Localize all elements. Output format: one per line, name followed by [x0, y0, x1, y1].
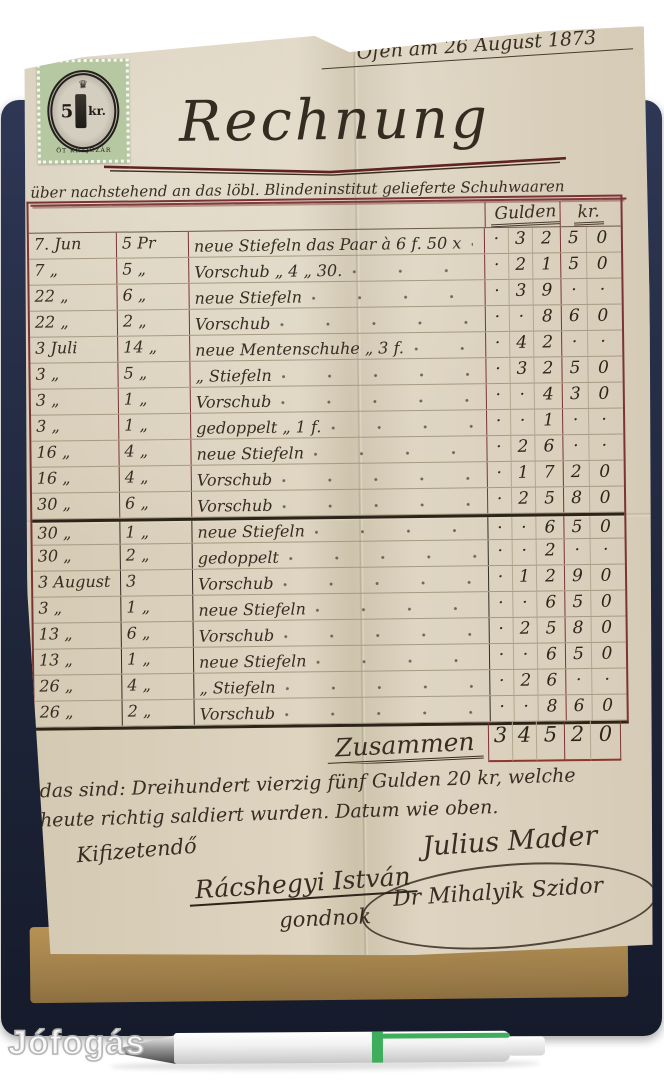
cell-description: Vorschub: [191, 384, 487, 413]
cell-kr-digit: 5: [562, 357, 588, 382]
invoice-table-body: 7. Jun5 Prneue Stiefeln das Paar à 6 f. …: [29, 227, 627, 728]
cell-qty: 1 „: [119, 388, 191, 414]
cell-qty: 2 „: [123, 700, 195, 726]
cell-description: Vorschub: [192, 488, 488, 517]
cell-qty: 2 „: [118, 310, 190, 336]
dotted-leader: [282, 472, 476, 485]
total-kr-digit: 2: [565, 721, 591, 761]
cell-gulden-digit: 2: [511, 436, 535, 461]
cell-kr-digit: 0: [592, 643, 622, 668]
cell-kr-digit: ·: [562, 331, 588, 356]
cell-kr-digit: ·: [563, 409, 589, 434]
cell-description: neue Stiefeln: [193, 592, 489, 621]
cell-gulden-digit: ·: [490, 670, 514, 695]
cell-description: „ Stiefeln: [190, 358, 486, 387]
cell-gulden-digit: ·: [490, 618, 514, 643]
cell-qty: 4 „: [122, 674, 194, 700]
cell-gulden-digit: ·: [490, 696, 514, 721]
cell-description: neue Stiefeln das Paar à 6 f. 50 x: [189, 228, 485, 257]
cell-gulden-digit: 1: [512, 462, 536, 487]
cell-qty: 1 „: [122, 648, 194, 674]
pen-push-button: [508, 1036, 545, 1055]
cell-date: 3 „: [33, 597, 121, 623]
cell-gulden-digit: 2: [534, 331, 562, 356]
cell-kr-digit: 5: [566, 643, 592, 668]
dotted-leader: [314, 446, 476, 459]
cell-qty: 5 „: [118, 362, 190, 388]
cell-gulden-digit: 2: [533, 227, 561, 252]
cell-qty: 1 „: [120, 521, 192, 544]
title-underline: [100, 155, 570, 179]
cell-gulden-digit: ·: [487, 384, 511, 409]
dotted-leader: [282, 498, 476, 511]
cell-kr-digit: ·: [591, 539, 621, 564]
cell-kr-digit: ·: [592, 669, 622, 694]
cell-date: 3 „: [31, 389, 119, 415]
total-spacer-2: [121, 726, 193, 767]
site-watermark: Jófogás: [8, 1024, 145, 1063]
total-kr-digit: 0: [591, 721, 621, 761]
cell-description: Vorschub „ 4 „ 30.: [189, 254, 485, 283]
cell-gulden-digit: 7: [536, 461, 564, 486]
cell-kr-digit: 5: [561, 253, 587, 278]
cell-gulden-digit: 3: [509, 228, 533, 253]
cell-date: 7 „: [29, 259, 117, 285]
dotted-leader: [285, 706, 479, 719]
dateline: Ofen am 26 August 1873: [320, 24, 633, 69]
cell-gulden-digit: 1: [533, 253, 561, 278]
header-desc-cell: [188, 198, 484, 231]
cell-gulden-digit: ·: [512, 517, 536, 539]
cell-gulden-digit: ·: [486, 358, 510, 383]
cell-kr-digit: 0: [592, 695, 622, 720]
cell-gulden-digit: 4: [535, 383, 563, 408]
cell-date: 22 „: [30, 311, 118, 337]
total-gulden-digit: 3: [489, 722, 513, 762]
cell-gulden-digit: ·: [488, 488, 512, 513]
dotted-leader: [315, 524, 477, 537]
dotted-leader: [280, 316, 474, 329]
cell-date: 3 Juli: [30, 337, 118, 363]
cell-gulden-digit: ·: [487, 410, 511, 435]
cell-gulden-digit: ·: [511, 410, 535, 435]
cell-gulden-digit: 1: [535, 409, 563, 434]
cell-gulden-digit: 2: [537, 565, 565, 590]
cell-gulden-digit: 2: [534, 357, 562, 382]
cell-date: 3 „: [31, 415, 119, 441]
cell-gulden-digit: 2: [509, 254, 533, 279]
cell-kr-digit: 0: [588, 357, 618, 382]
cell-kr-digit: 3: [563, 383, 589, 408]
cell-gulden-digit: ·: [486, 306, 510, 331]
pen-clip: [381, 1033, 510, 1039]
cell-gulden-digit: ·: [488, 517, 512, 539]
cell-kr-digit: 5: [561, 227, 587, 252]
signature-left-role: gondnok: [279, 904, 372, 932]
cell-gulden-digit: ·: [485, 280, 509, 305]
cell-kr-digit: 2: [564, 461, 590, 486]
cell-kr-digit: ·: [561, 279, 587, 304]
cell-gulden-digit: 8: [534, 305, 562, 330]
cell-description: gedoppelt: [193, 540, 489, 569]
dotted-leader: [282, 368, 475, 381]
cell-qty: 6 „: [117, 284, 189, 310]
cell-gulden-digit: 5: [536, 487, 564, 512]
cell-description: Vorschub: [194, 618, 490, 647]
cell-kr-digit: 5: [565, 591, 591, 616]
cell-qty: 3: [121, 570, 193, 596]
dotted-leader: [285, 680, 478, 693]
dotted-leader: [316, 602, 478, 615]
cell-description: neue Stiefeln: [192, 517, 488, 543]
header-qty-cell: [116, 202, 188, 232]
cell-kr-digit: 0: [587, 253, 617, 278]
cell-gulden-digit: 8: [538, 695, 566, 720]
cell-description: gedoppelt „ 1 f.: [191, 410, 487, 439]
cell-kr-digit: 5: [564, 516, 590, 538]
cell-kr-digit: 8: [566, 617, 592, 642]
ballpoint-pen: [100, 1020, 550, 1080]
dotted-leader: [414, 342, 474, 354]
cell-gulden-digit: 2: [514, 618, 538, 643]
cell-date: 16 „: [32, 467, 120, 493]
cell-gulden-digit: 2: [514, 670, 538, 695]
cell-date: 13 „: [34, 649, 122, 675]
cell-kr-digit: 0: [587, 227, 617, 252]
dotted-leader: [284, 628, 478, 641]
crown-icon: ♛: [78, 78, 88, 91]
total-gulden-digit: 4: [513, 722, 537, 762]
cell-gulden-digit: ·: [510, 306, 534, 331]
cell-description: neue Mentenschuhe „ 3 f.: [190, 332, 486, 361]
cell-gulden-digit: ·: [489, 566, 513, 591]
cell-date: 3 „: [30, 363, 118, 389]
cell-qty: 1 „: [119, 414, 191, 440]
cell-kr-digit: ·: [588, 331, 618, 356]
cell-qty: 2 „: [121, 544, 193, 570]
cell-gulden-digit: 1: [513, 566, 537, 591]
total-gulden-digit: 5: [537, 721, 565, 761]
cell-qty: 6 „: [122, 622, 194, 648]
cell-kr-digit: ·: [566, 669, 592, 694]
cell-date: 26 „: [34, 675, 122, 701]
cell-description: Vorschub: [190, 306, 486, 335]
header-gulden: Gulden: [484, 201, 560, 227]
cell-kr-digit: 0: [590, 487, 620, 512]
header-date-cell: [28, 203, 116, 233]
cell-gulden-digit: ·: [511, 384, 535, 409]
cell-kr-digit: ·: [587, 279, 617, 304]
dotted-leader: [316, 654, 478, 667]
photo-stage: ♛ 5 kr. ÖT KRAJCZÁR Ofen am 26 August 18…: [0, 0, 664, 1080]
cell-gulden-digit: 3: [509, 280, 533, 305]
dotted-leader: [281, 394, 475, 407]
cell-kr-digit: 8: [564, 487, 590, 512]
cell-description: Vorschub: [195, 696, 491, 725]
invoice-document: ♛ 5 kr. ÖT KRAJCZÁR Ofen am 26 August 18…: [20, 26, 657, 960]
cell-description: „ Stiefeln: [194, 670, 490, 699]
cell-date: 22 „: [29, 285, 117, 311]
document-title: Rechnung: [21, 84, 648, 157]
cell-gulden-digit: ·: [485, 228, 509, 253]
total-spacer-1: [33, 727, 121, 768]
cell-gulden-digit: ·: [514, 644, 538, 669]
cell-gulden-digit: 2: [512, 488, 536, 513]
cell-gulden-digit: 6: [535, 435, 563, 460]
cell-kr-digit: 6: [566, 695, 592, 720]
signature-left-annotation: Kifizetendő: [76, 834, 198, 868]
cell-gulden-digit: ·: [489, 540, 513, 565]
cell-kr-digit: 9: [565, 565, 591, 590]
cell-kr-digit: 0: [589, 383, 619, 408]
total-label: Zusammen: [327, 727, 484, 766]
cell-gulden-digit: 4: [510, 332, 534, 357]
cell-date: 7. Jun: [29, 233, 117, 259]
amount-in-words-line2: heute richtig saldiert wurden. Datum wie…: [40, 796, 499, 832]
cell-date: 30 „: [33, 545, 121, 571]
cell-date: 3 August: [33, 571, 121, 597]
cell-date: 16 „: [31, 441, 119, 467]
cell-gulden-digit: 9: [533, 279, 561, 304]
cell-qty: 4 „: [120, 466, 192, 492]
invoice-table: Gulden kr. 7. Jun5 Prneue Stiefeln das P…: [26, 195, 628, 731]
dotted-leader: [283, 576, 477, 589]
cell-description: Vorschub: [193, 566, 489, 595]
dotted-leader: [289, 550, 477, 563]
cell-gulden-digit: ·: [489, 592, 513, 617]
cell-kr-digit: 0: [588, 305, 618, 330]
cell-kr-digit: 6: [562, 305, 588, 330]
cell-gulden-digit: 6: [536, 516, 564, 538]
cell-kr-digit: 0: [591, 565, 621, 590]
cell-qty: 6 „: [120, 492, 192, 518]
cell-kr-digit: 0: [590, 516, 620, 538]
dotted-leader: [312, 290, 474, 303]
cell-gulden-digit: 6: [538, 643, 566, 668]
cell-gulden-digit: ·: [513, 592, 537, 617]
cell-gulden-digit: 2: [537, 539, 565, 564]
cell-date: 30 „: [32, 493, 120, 519]
cell-kr-digit: ·: [589, 435, 619, 460]
dotted-leader: [331, 420, 475, 433]
cell-gulden-digit: ·: [490, 644, 514, 669]
cell-qty: 1 „: [121, 596, 193, 622]
cell-gulden-digit: ·: [488, 462, 512, 487]
cell-description: neue Stiefeln: [191, 436, 487, 465]
cell-kr-digit: ·: [565, 539, 591, 564]
cell-gulden-digit: 6: [537, 591, 565, 616]
signature-right-name: Julius Mader: [421, 820, 598, 862]
cell-gulden-digit: 3: [510, 358, 534, 383]
total-label-cell: Zusammen: [193, 722, 489, 766]
cell-kr-digit: ·: [563, 435, 589, 460]
cell-qty: 4 „: [119, 440, 191, 466]
cell-gulden-digit: ·: [487, 436, 511, 461]
cell-kr-digit: 0: [591, 591, 621, 616]
cell-gulden-digit: ·: [486, 332, 510, 357]
cell-date: 26 „: [35, 701, 123, 727]
cell-date: 30 „: [32, 522, 120, 545]
cell-description: neue Stiefeln: [189, 280, 485, 309]
header-kreuzer: kr.: [560, 201, 616, 227]
dotted-leader: [471, 238, 473, 249]
cell-gulden-digit: 5: [538, 617, 566, 642]
cell-gulden-digit: 6: [538, 669, 566, 694]
cell-description: neue Stiefeln: [194, 644, 490, 673]
cell-date: 13 „: [34, 623, 122, 649]
cell-description: Vorschub: [192, 462, 488, 491]
cell-kr-digit: 0: [592, 617, 622, 642]
cell-gulden-digit: ·: [485, 254, 509, 279]
cell-kr-digit: ·: [589, 409, 619, 434]
cell-kr-digit: 0: [590, 461, 620, 486]
cell-qty: 5 Pr: [117, 232, 189, 258]
dotted-leader: [352, 264, 473, 276]
cell-qty: 14 „: [118, 336, 190, 362]
cell-gulden-digit: ·: [514, 696, 538, 721]
cell-qty: 5 „: [117, 258, 189, 284]
total-row: Zusammen 34520: [33, 720, 629, 767]
cell-gulden-digit: ·: [513, 540, 537, 565]
